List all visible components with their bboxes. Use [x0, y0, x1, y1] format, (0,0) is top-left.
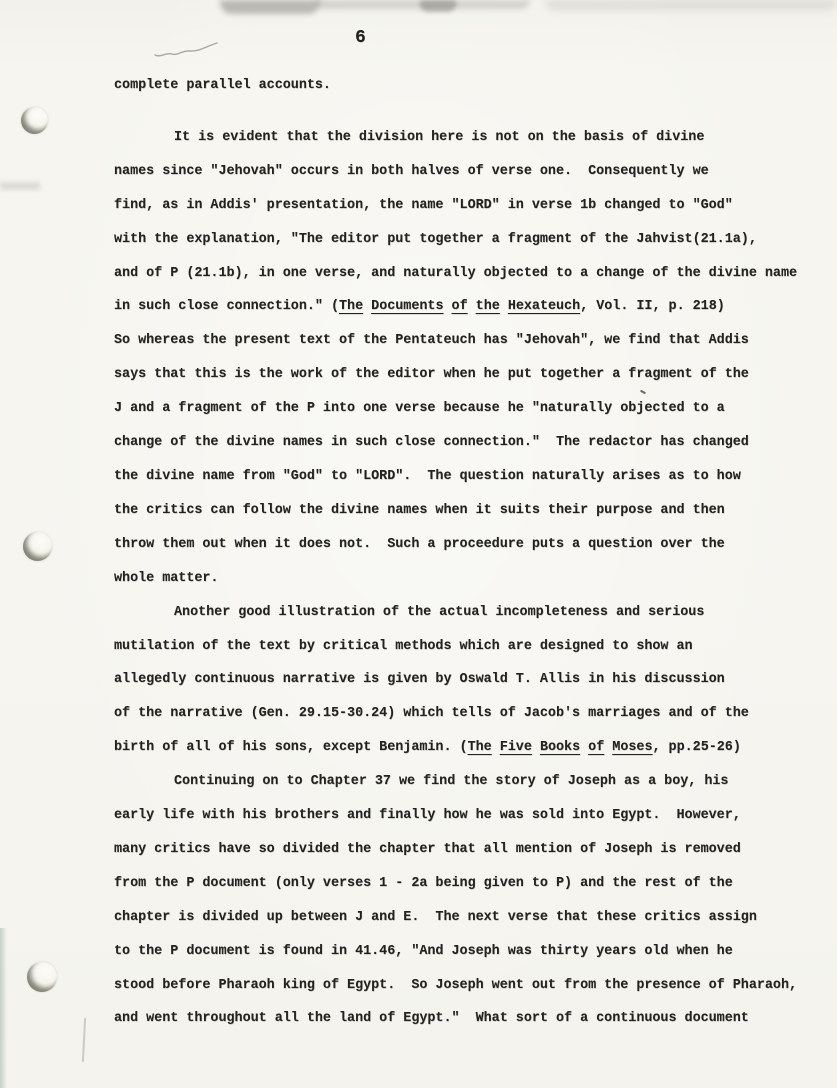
hole-punch-top: [21, 107, 48, 134]
text-line: chapter is divided up between J and E. T…: [114, 901, 830, 935]
text-segment: It is evident that the division here is …: [174, 130, 704, 145]
text-segment: So whereas the present text of the Penta…: [114, 333, 749, 348]
text-segment: the divine name from "God" to "LORD". Th…: [114, 469, 741, 484]
text-line: find, as in Addis' presentation, the nam…: [114, 189, 830, 223]
text-line: Another good illustration of the actual …: [114, 596, 830, 630]
scanned-typescript-page: 6 complete parallel accounts.It is evide…: [0, 0, 837, 1088]
pencil-mark: [82, 1018, 86, 1062]
text-segment: Continuing on to Chapter 37 we find the …: [174, 774, 728, 789]
text-line: names since "Jehovah" occurs in both hal…: [114, 155, 830, 189]
text-segment: names since "Jehovah" occurs in both hal…: [114, 164, 709, 179]
text-line: So whereas the present text of the Penta…: [114, 324, 830, 358]
scan-smudge: [545, 0, 837, 10]
text-line: and of P (21.1b), in one verse, and natu…: [114, 257, 830, 291]
text-segment: throw them out when it does not. Such a …: [114, 537, 725, 552]
text-line: with the explanation, "The editor put to…: [114, 223, 830, 257]
text-line: Continuing on to Chapter 37 we find the …: [114, 765, 830, 799]
text-line: early life with his brothers and finally…: [114, 799, 830, 833]
text-segment: Another good illustration of the actual …: [174, 605, 704, 620]
text-segment: the critics can follow the divine names …: [114, 503, 725, 518]
text-line: mutilation of the text by critical metho…: [114, 630, 830, 664]
text-segment: J and a fragment of the P into one verse…: [114, 401, 725, 416]
document-body: complete parallel accounts.It is evident…: [114, 69, 830, 1036]
text-line: change of the divine names in such close…: [114, 426, 830, 460]
text-line: allegedly continuous narrative is given …: [114, 663, 830, 697]
text-segment: change of the divine names in such close…: [114, 435, 749, 450]
text-segment: [580, 740, 588, 755]
underlined-book-title-word: of: [452, 299, 468, 314]
text-segment: in such close connection." (: [114, 299, 339, 314]
text-segment: [443, 299, 451, 314]
scan-smudge: [315, 0, 530, 9]
text-line: from the P document (only verses 1 - 2a …: [114, 867, 830, 901]
scan-smudge: [0, 182, 40, 190]
text-line: of the narrative (Gen. 29.15-30.24) whic…: [114, 697, 830, 731]
text-segment: , pp.25-26): [652, 740, 740, 755]
text-segment: and went throughout all the land of Egyp…: [114, 1011, 749, 1026]
text-segment: to the P document is found in 41.46, "An…: [114, 944, 733, 959]
underlined-book-title-word: of: [588, 740, 604, 755]
text-segment: [363, 299, 371, 314]
hole-punch-middle: [23, 532, 52, 561]
underlined-book-title-word: Books: [540, 740, 580, 755]
text-line: complete parallel accounts.: [114, 69, 830, 103]
text-segment: chapter is divided up between J and E. T…: [114, 910, 757, 925]
text-line: many critics have so divided the chapter…: [114, 833, 830, 867]
text-segment: stood before Pharaoh king of Egypt. So J…: [114, 978, 797, 993]
text-line: It is evident that the division here is …: [114, 121, 830, 155]
text-segment: complete parallel accounts.: [114, 78, 331, 93]
text-segment: birth of all of his sons, except Benjami…: [114, 740, 468, 755]
text-segment: [492, 740, 500, 755]
paragraph: Continuing on to Chapter 37 we find the …: [114, 765, 830, 1036]
text-segment: says that this is the work of the editor…: [114, 367, 749, 382]
text-line: throw them out when it does not. Such a …: [114, 528, 830, 562]
text-line: says that this is the work of the editor…: [114, 358, 830, 392]
underlined-book-title-word: Moses: [612, 740, 652, 755]
text-line: J and a fragment of the P into one verse…: [114, 392, 830, 426]
text-segment: [500, 299, 508, 314]
underlined-book-title-word: Documents: [371, 299, 443, 314]
paragraph: It is evident that the division here is …: [114, 121, 830, 596]
text-segment: [532, 740, 540, 755]
underlined-book-title-word: Hexateuch: [508, 299, 580, 314]
text-line: the divine name from "God" to "LORD". Th…: [114, 460, 830, 494]
text-segment: whole matter.: [114, 571, 218, 586]
hole-punch-bottom: [27, 962, 57, 992]
scan-smudge: [420, 0, 456, 12]
text-segment: mutilation of the text by critical metho…: [114, 639, 693, 654]
underlined-book-title-word: Five: [500, 740, 532, 755]
text-segment: of the narrative (Gen. 29.15-30.24) whic…: [114, 706, 749, 721]
text-segment: find, as in Addis' presentation, the nam…: [114, 198, 733, 213]
text-line: birth of all of his sons, except Benjami…: [114, 731, 830, 765]
underlined-book-title-word: the: [476, 299, 500, 314]
text-line: stood before Pharaoh king of Egypt. So J…: [114, 969, 830, 1003]
text-segment: from the P document (only verses 1 - 2a …: [114, 876, 733, 891]
text-line: to the P document is found in 41.46, "An…: [114, 935, 830, 969]
paragraph: complete parallel accounts.: [114, 69, 830, 103]
text-segment: allegedly continuous narrative is given …: [114, 672, 725, 687]
text-segment: early life with his brothers and finally…: [114, 808, 741, 823]
text-line: whole matter.: [114, 562, 830, 596]
text-line: and went throughout all the land of Egyp…: [114, 1002, 830, 1036]
text-segment: many critics have so divided the chapter…: [114, 842, 741, 857]
text-segment: , Vol. II, p. 218): [580, 299, 725, 314]
underlined-book-title-word: The: [339, 299, 363, 314]
page-number: 6: [355, 28, 366, 48]
pencil-squiggle-mark: [153, 38, 219, 62]
scan-edge-artifact: [0, 928, 7, 1088]
text-segment: and of P (21.1b), in one verse, and natu…: [114, 266, 797, 281]
text-line: in such close connection." (The Document…: [114, 290, 830, 324]
underlined-book-title-word: The: [468, 740, 492, 755]
paragraph: Another good illustration of the actual …: [114, 596, 830, 766]
text-segment: [468, 299, 476, 314]
scan-smudge: [220, 0, 320, 14]
text-line: the critics can follow the divine names …: [114, 494, 830, 528]
text-segment: with the explanation, "The editor put to…: [114, 232, 757, 247]
